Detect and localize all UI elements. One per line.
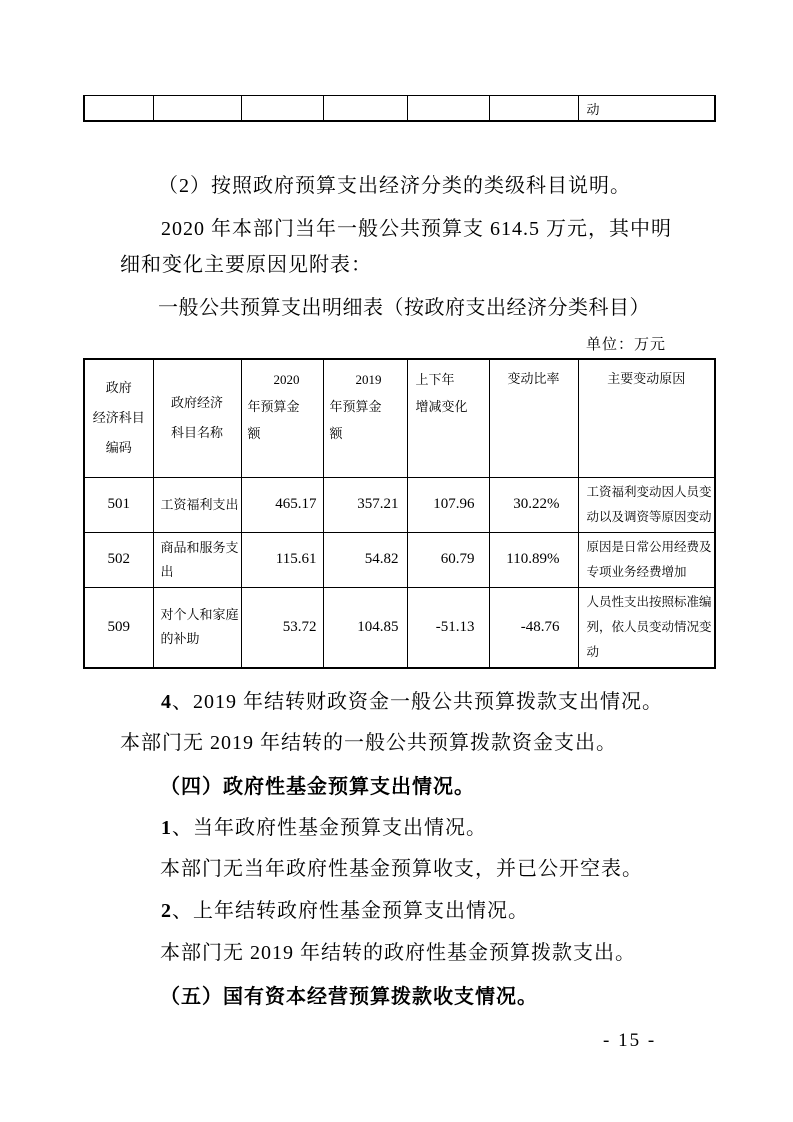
cell-change: 107.96: [407, 477, 489, 532]
table-cell: [407, 96, 489, 122]
cell-code: 501: [84, 477, 153, 532]
header-name: 政府经济 科目名称: [153, 359, 241, 477]
item4-number: 4: [161, 691, 172, 713]
table-row-509: 509 对个人和家庭 的补助 53.72 104.85 -51.13 -48.7…: [84, 587, 715, 668]
cell-code: 509: [84, 587, 153, 668]
table-cell: [84, 96, 153, 122]
cell-name: 对个人和家庭 的补助: [153, 587, 241, 668]
header-2019-budget: 2019 年预算金 额: [323, 359, 407, 477]
table-cell: [153, 96, 241, 122]
cell-2019: 104.85: [323, 587, 407, 668]
paragraph-budget-summary-line2: 细和变化主要原因见附表：: [120, 251, 372, 279]
table-row-501: 501 工资福利支出 465.17 357.21 107.96 30.22% 工…: [84, 477, 715, 532]
heading-section5: （五）国有资本经营预算拨款收支情况。: [160, 983, 538, 1011]
cell-name: 工资福利支出: [153, 477, 241, 532]
header-reason: 主要变动原因: [578, 359, 715, 477]
item2-number: 2: [161, 900, 172, 922]
cell-ratio: 110.89%: [489, 532, 578, 587]
table-title: 一般公共预算支出明细表（按政府支出经济分类科目）: [158, 294, 650, 322]
cell-change: -51.13: [407, 587, 489, 668]
cell-change: 60.79: [407, 532, 489, 587]
paragraph-item4: 4、2019 年结转财政资金一般公共预算拨款支出情况。: [161, 688, 663, 716]
cell-reason: 人员性支出按照标准编 列，依人员变动情况变 动: [578, 587, 715, 668]
table-header-row: 政府 经济科目 编码 政府经济 科目名称 2020 年预算金 额 2019 年预…: [84, 359, 715, 477]
table-row-502: 502 商品和服务支 出 115.61 54.82 60.79 110.89% …: [84, 532, 715, 587]
header-change: 上下年 增减变化: [407, 359, 489, 477]
table-cell: [323, 96, 407, 122]
table-row: 动: [84, 96, 715, 122]
table-cell: [489, 96, 578, 122]
item1-number: 1: [161, 817, 172, 839]
cell-ratio: 30.22%: [489, 477, 578, 532]
paragraph-no-2019-fund-carryover: 本部门无 2019 年结转的政府性基金预算拨款支出。: [160, 939, 636, 967]
paragraph-budget-summary-line1: 2020 年本部门当年一般公共预算支 614.5 万元，其中明: [161, 215, 672, 243]
header-ratio: 变动比率: [489, 359, 578, 477]
cell-ratio: -48.76: [489, 587, 578, 668]
cell-2020: 115.61: [241, 532, 323, 587]
table-cell: [241, 96, 323, 122]
item4-text: 、2019 年结转财政资金一般公共预算拨款支出情况。: [172, 691, 663, 713]
header-code: 政府 经济科目 编码: [84, 359, 153, 477]
paragraph-item2: 2、上年结转政府性基金预算支出情况。: [161, 897, 529, 925]
cell-2020: 465.17: [241, 477, 323, 532]
page-number: - 15 -: [603, 1029, 656, 1053]
paragraph-no-2019-general-carryover: 本部门无 2019 年结转的一般公共预算拨款资金支出。: [120, 729, 617, 757]
cell-name: 商品和服务支 出: [153, 532, 241, 587]
paragraph-item1: 1、当年政府性基金预算支出情况。: [161, 814, 487, 842]
table-cell: 动: [578, 96, 715, 122]
header-2020-budget: 2020 年预算金 额: [241, 359, 323, 477]
document-page: 动 （2）按照政府预算支出经济分类的类级科目说明。 2020 年本部门当年一般公…: [0, 0, 793, 1122]
budget-detail-table: 政府 经济科目 编码 政府经济 科目名称 2020 年预算金 额 2019 年预…: [83, 358, 716, 669]
unit-label: 单位：万元: [586, 335, 666, 355]
cell-2020: 53.72: [241, 587, 323, 668]
paragraph-no-current-fund: 本部门无当年政府性基金预算收支，并已公开空表。: [160, 855, 643, 883]
cell-code: 502: [84, 532, 153, 587]
cell-2019: 54.82: [323, 532, 407, 587]
heading-section4: （四）政府性基金预算支出情况。: [160, 773, 475, 801]
item2-text: 、上年结转政府性基金预算支出情况。: [172, 900, 529, 922]
cell-reason: 工资福利变动因人员变 动以及调资等原因变动: [578, 477, 715, 532]
cell-reason: 原因是日常公用经费及 专项业务经费增加: [578, 532, 715, 587]
item1-text: 、当年政府性基金预算支出情况。: [172, 817, 487, 839]
previous-page-table-fragment: 动: [83, 95, 716, 122]
paragraph-subject-note: （2）按照政府预算支出经济分类的类级科目说明。: [158, 172, 631, 200]
cell-2019: 357.21: [323, 477, 407, 532]
